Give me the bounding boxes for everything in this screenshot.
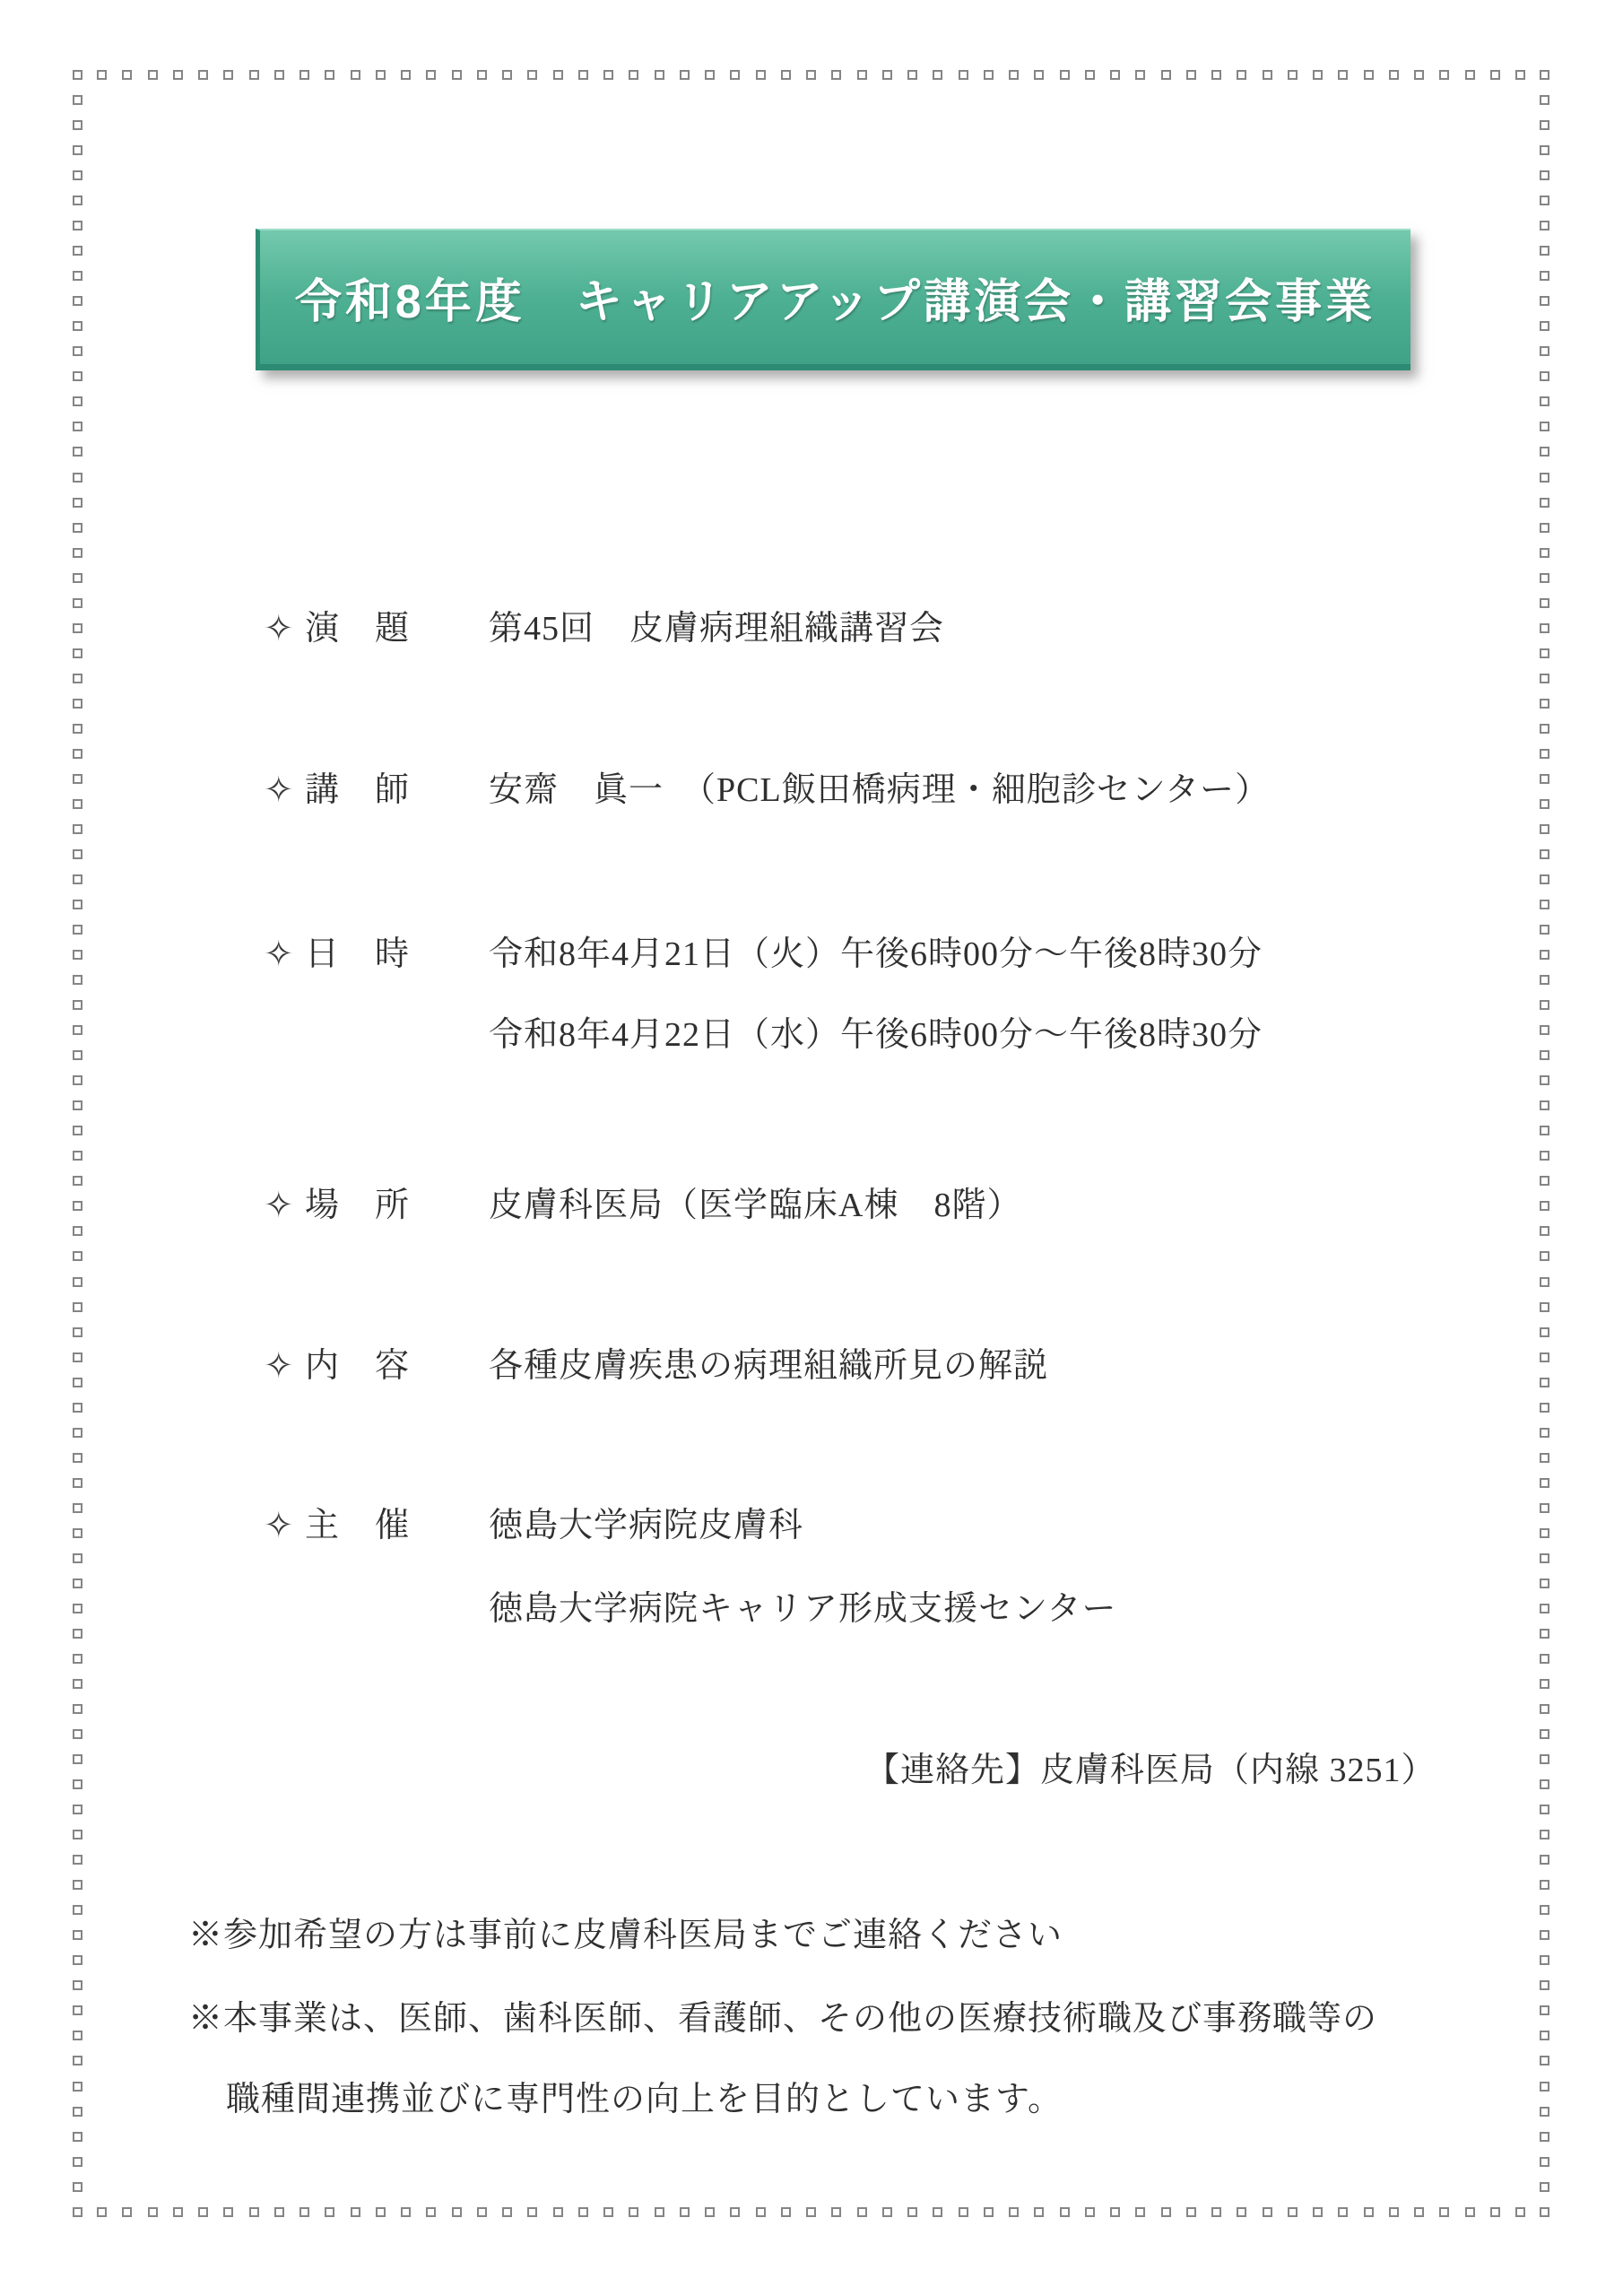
border-square [73, 975, 82, 985]
border-square [73, 849, 82, 859]
border-square [73, 473, 82, 483]
border-square [73, 598, 82, 608]
border-square [1540, 1251, 1549, 1261]
border-square [1540, 95, 1549, 105]
border-square [249, 2207, 259, 2217]
border-square [680, 70, 690, 80]
border-square [73, 2031, 82, 2040]
border-square [1034, 70, 1044, 80]
border-square [73, 145, 82, 155]
border-square [1540, 396, 1549, 406]
border-square [426, 2207, 436, 2217]
border-square [73, 447, 82, 457]
item-row-datetime: ✧ 日 時 令和8年4月21日（火）午後6時00分～午後8時30分 [0, 934, 1623, 975]
border-square [1540, 170, 1549, 180]
border-square [73, 1478, 82, 1488]
border-square [351, 70, 360, 80]
border-square [655, 2207, 664, 2217]
border-square [73, 1880, 82, 1890]
item-value-datetime-day2: 令和8年4月22日（水）午後6時00分～午後8時30分 [489, 1014, 1263, 1056]
border-square [1009, 2207, 1019, 2217]
border-square [1540, 1930, 1549, 1940]
border-square [376, 70, 386, 80]
border-square [73, 900, 82, 909]
border-square [1540, 1754, 1549, 1764]
border-square [1540, 975, 1549, 985]
border-square [1389, 2207, 1399, 2217]
border-square [1313, 2207, 1323, 2217]
item-label-datetime: 日 時 [305, 934, 410, 975]
border-square [1540, 874, 1549, 884]
border-square [1186, 70, 1196, 80]
border-square [1364, 2207, 1374, 2217]
border-square [629, 2207, 638, 2217]
item-row-datetime-cont: 令和8年4月22日（水）午後6時00分～午後8時30分 [0, 1014, 1623, 1056]
border-square [1540, 1629, 1549, 1639]
border-square [1211, 2207, 1221, 2217]
border-square [1540, 1704, 1549, 1714]
border-square [1540, 724, 1549, 734]
border-square [223, 70, 233, 80]
diamond-bullet-icon: ✧ [264, 934, 294, 975]
border-square [1465, 70, 1475, 80]
border-square [502, 70, 512, 80]
border-square [1060, 2207, 1070, 2217]
border-square [73, 271, 82, 281]
border-square [299, 2207, 309, 2217]
border-square [122, 2207, 132, 2217]
border-square [907, 70, 917, 80]
border-square [1313, 70, 1323, 80]
border-square [1540, 824, 1549, 834]
border-square [1540, 749, 1549, 759]
border-square [148, 70, 158, 80]
page-border-top [97, 70, 1525, 80]
border-square [73, 246, 82, 256]
border-square [401, 70, 411, 80]
item-value-lecturer: 安齋 眞一 （PCL飯田橋病理・細胞診センター） [489, 770, 1270, 811]
border-square [1237, 2207, 1246, 2217]
border-square [274, 70, 284, 80]
border-square [73, 1100, 82, 1110]
border-square [1085, 2207, 1095, 2217]
item-value-organizer-2: 徳島大学病院キャリア形成支援センター [489, 1588, 1116, 1630]
border-square [73, 2207, 82, 2217]
border-square [73, 2107, 82, 2117]
border-square [73, 2056, 82, 2066]
border-square [1540, 648, 1549, 658]
border-square [1540, 2207, 1549, 2217]
border-square [1540, 523, 1549, 533]
border-square [1540, 2005, 1549, 2015]
border-square [1540, 699, 1549, 709]
border-square [73, 1704, 82, 1714]
diamond-bullet-icon: ✧ [264, 1345, 294, 1387]
border-square [73, 699, 82, 709]
border-square [73, 1000, 82, 1010]
border-square [73, 1075, 82, 1085]
border-square [1490, 2207, 1500, 2217]
page-border-right [1540, 70, 1549, 2217]
border-square [173, 2207, 183, 2217]
border-square [1540, 1855, 1549, 1865]
border-square [73, 498, 82, 508]
border-square [73, 548, 82, 558]
border-square [73, 1654, 82, 1664]
diamond-bullet-icon: ✧ [264, 608, 294, 649]
border-square [1364, 70, 1374, 80]
border-square [73, 2082, 82, 2092]
border-square [933, 70, 942, 80]
border-square [1515, 2207, 1525, 2217]
border-square [1237, 70, 1246, 80]
border-square [73, 120, 82, 130]
border-square [1540, 120, 1549, 130]
border-square [73, 1754, 82, 1764]
border-square [1414, 70, 1424, 80]
border-square [629, 70, 638, 80]
border-square [806, 2207, 816, 2217]
border-square [1540, 246, 1549, 256]
item-value-lecture-title: 第45回 皮膚病理組織講習会 [489, 608, 944, 649]
border-square [1540, 2056, 1549, 2066]
border-square [933, 2207, 942, 2217]
item-row-organizer-cont: 徳島大学病院キャリア形成支援センター [0, 1588, 1623, 1630]
border-square [73, 648, 82, 658]
border-square [1540, 1403, 1549, 1413]
border-square [1540, 1955, 1549, 1965]
border-square [477, 70, 487, 80]
border-square [1060, 70, 1070, 80]
border-square [553, 70, 563, 80]
border-square [73, 1805, 82, 1814]
border-square [1540, 1151, 1549, 1161]
border-square [1540, 1805, 1549, 1814]
contact-line: 【連絡先】皮膚科医局（内線 3251） [865, 1750, 1436, 1791]
border-square [1540, 473, 1549, 483]
border-square [73, 1629, 82, 1639]
border-square [73, 523, 82, 533]
border-square [781, 2207, 791, 2217]
border-square [1540, 70, 1549, 80]
border-square [1034, 2207, 1044, 2217]
border-square [1540, 2182, 1549, 2192]
diamond-bullet-icon: ✧ [264, 770, 294, 811]
border-square [1540, 598, 1549, 608]
border-square [984, 70, 994, 80]
border-square [882, 2207, 892, 2217]
border-square [502, 2207, 512, 2217]
border-square [1540, 2107, 1549, 2117]
border-square [756, 70, 766, 80]
border-square [73, 824, 82, 834]
border-square [1161, 2207, 1171, 2217]
item-row-organizer: ✧ 主 催 徳島大学病院皮膚科 [0, 1505, 1623, 1546]
border-square [73, 1729, 82, 1739]
border-square [1540, 1980, 1549, 1990]
border-square [73, 1251, 82, 1261]
border-square [680, 2207, 690, 2217]
border-square [1540, 548, 1549, 558]
border-square [198, 70, 208, 80]
border-square [376, 2207, 386, 2217]
border-square [73, 1855, 82, 1865]
border-square [1540, 498, 1549, 508]
border-square [1540, 900, 1549, 909]
border-square [73, 1428, 82, 1438]
border-square [73, 2132, 82, 2142]
border-square [831, 70, 841, 80]
note-line-1: ※参加希望の方は事前に皮膚科医局までご連絡ください [188, 1915, 1063, 1956]
flyer-page: 令和8年度 キャリアアップ講演会・講習会事業 ✧ 演 題 第45回 皮膚病理組織… [0, 0, 1623, 2296]
border-square [1540, 296, 1549, 306]
border-square [1389, 70, 1399, 80]
border-square [223, 2207, 233, 2217]
note-line-3: 職種間連携並びに専門性の向上を目的としています。 [226, 2079, 1063, 2120]
border-square [73, 573, 82, 583]
border-square [1540, 221, 1549, 230]
border-square [1540, 1880, 1549, 1890]
border-square [781, 70, 791, 80]
diamond-bullet-icon: ✧ [264, 1185, 294, 1226]
border-square [527, 2207, 537, 2217]
border-square [831, 2207, 841, 2217]
border-square [274, 2207, 284, 2217]
border-square [1540, 271, 1549, 281]
border-square [249, 70, 259, 80]
border-square [806, 70, 816, 80]
border-square [73, 1327, 82, 1337]
title-banner: 令和8年度 キャリアアップ講演会・講習会事業 [256, 229, 1410, 370]
border-square [1540, 1126, 1549, 1135]
border-square [73, 1779, 82, 1789]
border-square [452, 70, 462, 80]
border-square [73, 371, 82, 381]
border-square [73, 1302, 82, 1312]
border-square [73, 321, 82, 331]
border-square [1009, 70, 1019, 80]
border-square [1161, 70, 1171, 80]
border-square [173, 70, 183, 80]
border-square [1540, 1327, 1549, 1337]
border-square [73, 1955, 82, 1965]
border-square [299, 70, 309, 80]
page-title: 令和8年度 キャリアアップ講演会・講習会事業 [295, 264, 1376, 331]
item-value-venue: 皮膚科医局（医学臨床A棟 8階） [489, 1185, 1021, 1226]
border-square [1186, 2207, 1196, 2217]
border-square [1540, 1679, 1549, 1689]
border-square [984, 2207, 994, 2217]
border-square [148, 2207, 158, 2217]
border-square [603, 2207, 613, 2217]
border-square [1540, 2157, 1549, 2167]
border-square [1540, 1905, 1549, 1915]
border-square [1465, 2207, 1475, 2217]
border-square [73, 422, 82, 431]
border-square [1540, 674, 1549, 683]
border-square [1540, 422, 1549, 431]
border-square [1540, 573, 1549, 583]
border-square [73, 1277, 82, 1287]
border-square [97, 70, 107, 80]
border-square [1540, 1830, 1549, 1839]
border-square [1540, 2031, 1549, 2040]
border-square [1540, 145, 1549, 155]
border-square [73, 1980, 82, 1990]
item-label-venue: 場 所 [305, 1185, 410, 1226]
border-square [1540, 1428, 1549, 1438]
border-square [756, 2207, 766, 2217]
border-square [73, 2005, 82, 2015]
border-square [1414, 2207, 1424, 2217]
border-square [73, 1126, 82, 1135]
item-value-organizer-1: 徳島大学病院皮膚科 [489, 1505, 803, 1546]
border-square [1110, 2207, 1120, 2217]
border-square [73, 196, 82, 205]
page-border-left [73, 70, 82, 2217]
border-square [401, 2207, 411, 2217]
border-square [452, 2207, 462, 2217]
border-square [1490, 70, 1500, 80]
border-square [1338, 70, 1348, 80]
border-square [73, 1578, 82, 1588]
item-value-datetime-day1: 令和8年4月21日（火）午後6時00分～午後8時30分 [489, 934, 1263, 975]
border-square [705, 2207, 715, 2217]
border-square [1439, 70, 1449, 80]
border-square [73, 296, 82, 306]
border-square [1540, 321, 1549, 331]
border-square [1540, 447, 1549, 457]
border-square [603, 70, 613, 80]
border-square [73, 1679, 82, 1689]
border-square [959, 70, 968, 80]
border-square [1540, 1553, 1549, 1563]
border-square [1110, 70, 1120, 80]
border-square [73, 874, 82, 884]
border-square [1439, 2207, 1449, 2217]
border-square [73, 1930, 82, 1940]
border-square [73, 1830, 82, 1839]
note-line-2: ※本事業は、医師、歯科医師、看護師、その他の医療技術職及び事務職等の [188, 1998, 1377, 2039]
border-square [1540, 371, 1549, 381]
border-square [325, 70, 334, 80]
border-square [655, 70, 664, 80]
border-square [857, 2207, 867, 2217]
border-square [198, 2207, 208, 2217]
border-square [73, 749, 82, 759]
border-square [1540, 1226, 1549, 1236]
border-square [73, 724, 82, 734]
border-square [1211, 70, 1221, 80]
border-square [1540, 1779, 1549, 1789]
border-square [1540, 2132, 1549, 2142]
page-border-bottom [97, 2207, 1525, 2217]
item-row-lecture-title: ✧ 演 題 第45回 皮膚病理組織講習会 [0, 608, 1623, 649]
border-square [73, 1453, 82, 1463]
border-square [477, 2207, 487, 2217]
item-row-lecturer: ✧ 講 師 安齋 眞一 （PCL飯田橋病理・細胞診センター） [0, 770, 1623, 811]
border-square [1540, 1100, 1549, 1110]
item-row-venue: ✧ 場 所 皮膚科医局（医学臨床A棟 8階） [0, 1185, 1623, 1226]
border-square [1540, 1654, 1549, 1664]
border-square [1263, 70, 1272, 80]
border-square [1540, 1453, 1549, 1463]
item-label-lecturer: 講 師 [305, 770, 410, 811]
border-square [730, 70, 740, 80]
border-square [1135, 2207, 1145, 2217]
border-square [1288, 70, 1298, 80]
item-label-lecture-title: 演 題 [305, 608, 410, 649]
border-square [1540, 849, 1549, 859]
border-square [97, 2207, 107, 2217]
border-square [527, 70, 537, 80]
border-square [325, 2207, 334, 2217]
border-square [73, 1151, 82, 1161]
border-square [578, 2207, 588, 2217]
border-square [1135, 70, 1145, 80]
border-square [553, 2207, 563, 2217]
border-square [122, 70, 132, 80]
item-label-content: 内 容 [305, 1345, 410, 1387]
border-square [705, 70, 715, 80]
border-square [73, 396, 82, 406]
border-square [73, 95, 82, 105]
border-square [1085, 70, 1095, 80]
border-square [1540, 1578, 1549, 1588]
border-square [959, 2207, 968, 2217]
diamond-bullet-icon: ✧ [264, 1505, 294, 1546]
border-square [426, 70, 436, 80]
item-value-content: 各種皮膚疾患の病理組織所見の解説 [489, 1345, 1048, 1387]
border-square [1540, 1302, 1549, 1312]
border-square [1263, 2207, 1272, 2217]
item-label-organizer: 主 催 [305, 1505, 410, 1546]
border-square [351, 2207, 360, 2217]
border-square [1540, 196, 1549, 205]
border-square [73, 1403, 82, 1413]
item-row-content: ✧ 内 容 各種皮膚疾患の病理組織所見の解説 [0, 1345, 1623, 1387]
border-square [730, 2207, 740, 2217]
border-square [73, 346, 82, 356]
border-square [1338, 2207, 1348, 2217]
border-square [73, 674, 82, 683]
border-square [73, 1905, 82, 1915]
border-square [1515, 70, 1525, 80]
border-square [857, 70, 867, 80]
border-square [1540, 1729, 1549, 1739]
border-square [1540, 1277, 1549, 1287]
border-square [1540, 346, 1549, 356]
border-square [907, 2207, 917, 2217]
border-square [73, 221, 82, 230]
border-square [578, 70, 588, 80]
border-square [1540, 1478, 1549, 1488]
border-square [1288, 2207, 1298, 2217]
border-square [73, 1226, 82, 1236]
border-square [73, 70, 82, 80]
border-square [1540, 1000, 1549, 1010]
border-square [73, 2182, 82, 2192]
border-square [73, 170, 82, 180]
border-square [1540, 1075, 1549, 1085]
border-square [73, 1553, 82, 1563]
border-square [1540, 2082, 1549, 2092]
border-square [882, 70, 892, 80]
border-square [73, 2157, 82, 2167]
